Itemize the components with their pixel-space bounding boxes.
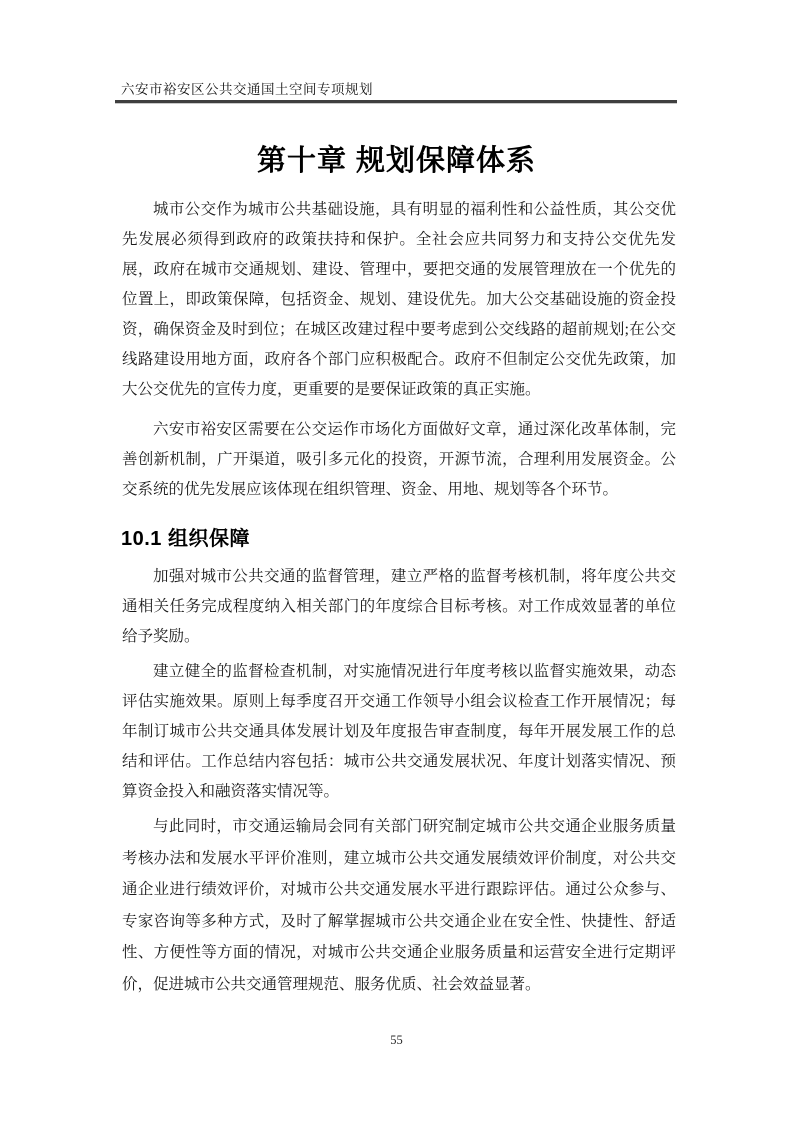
document-page: 六安市裕安区公共交通国土空间专项规划 第十章 规划保障体系 城市公交作为城市公共…: [0, 0, 793, 1122]
section-paragraph-3: 与此同时，市交通运输局会同有关部门研究制定城市公共交通企业服务质量考核办法和发展…: [122, 811, 676, 1000]
section-heading-10-1: 10.1 组织保障: [121, 525, 250, 553]
section-paragraph-2: 建立健全的监督检查机制，对实施情况进行年度考核以监督实施效果，动态评估实施效果。…: [122, 657, 676, 807]
intro-paragraph-2: 六安市裕安区需要在公交运作市场化方面做好文章，通过深化改革体制，完善创新机制，广…: [122, 415, 676, 505]
header-rule-divider: [115, 100, 677, 104]
running-header: 六安市裕安区公共交通国土空间专项规划: [121, 82, 677, 98]
page-number: 55: [0, 1032, 793, 1048]
chapter-title: 第十章 规划保障体系: [0, 141, 793, 181]
section-paragraph-1: 加强对城市公共交通的监督管理，建立严格的监督考核机制，将年度公共交通相关任务完成…: [122, 562, 676, 652]
intro-paragraph-1: 城市公交作为城市公共基础设施，具有明显的福利性和公益性质，其公交优先发展必须得到…: [122, 195, 676, 405]
